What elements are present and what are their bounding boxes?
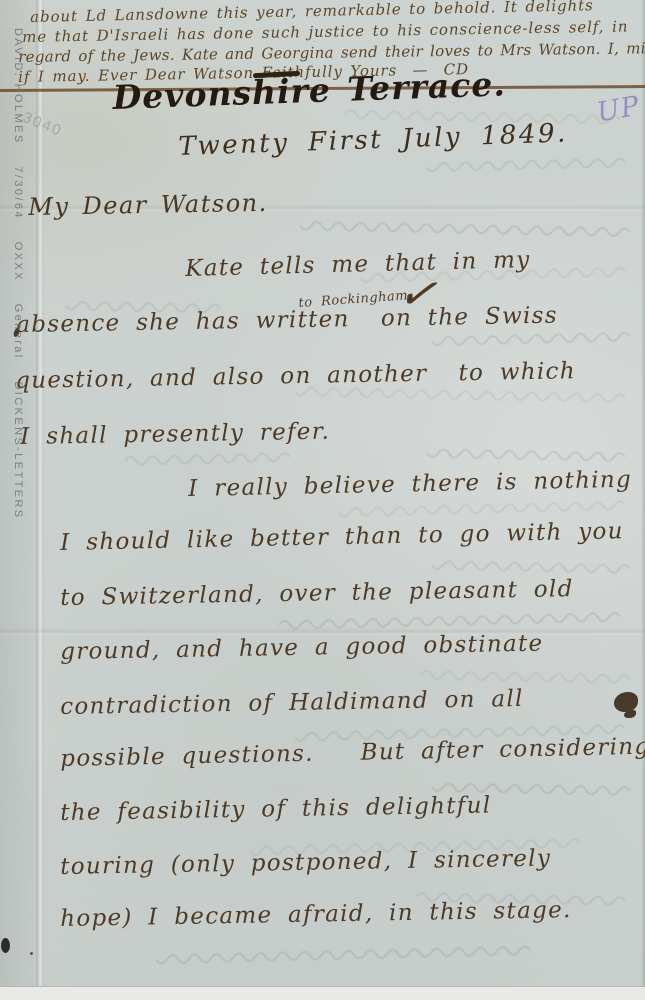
ink-blot [614, 692, 638, 712]
body-line: absence she has written on the Swiss [16, 303, 558, 338]
body-line: contradiction of Haldimand on all [60, 686, 524, 720]
ink-speck [1, 938, 10, 953]
body-line: possible questions. But after considerin… [60, 734, 645, 772]
body-line: hope) I became afraid, in this stage. [60, 897, 572, 932]
body-line: I should like better than to go with you [60, 518, 624, 556]
margin-catalog-note: DAVID. HOLMES 7/30/64 OXXX General DICKE… [12, 28, 24, 520]
purple-stamp: UP [595, 91, 643, 129]
salutation: My Dear Watson. [28, 189, 268, 221]
scan-background: about Ld Lansdowne this year, remarkable… [0, 0, 645, 1000]
body-line: I shall presently refer. [20, 419, 330, 450]
date-line: Twenty First July 1849. [178, 118, 568, 162]
body-line: touring (only postponed, I sincerely [60, 845, 551, 880]
body-line: ground, and have a good obstinate [60, 631, 544, 665]
body-line: the feasibility of this delightful [60, 792, 492, 826]
page-fold [36, 0, 44, 986]
page-edge [641, 0, 645, 986]
scan-bed-strip [0, 986, 645, 1000]
body-line: question, and also on another to which [15, 358, 576, 394]
ink-speck [30, 952, 33, 955]
body-line: Kate tells me that in my [185, 247, 531, 282]
body-line: I really believe there is nothing [188, 467, 632, 502]
letter-page: about Ld Lansdowne this year, remarkable… [0, 0, 645, 986]
body-line: to Switzerland, over the pleasant old [60, 576, 574, 611]
